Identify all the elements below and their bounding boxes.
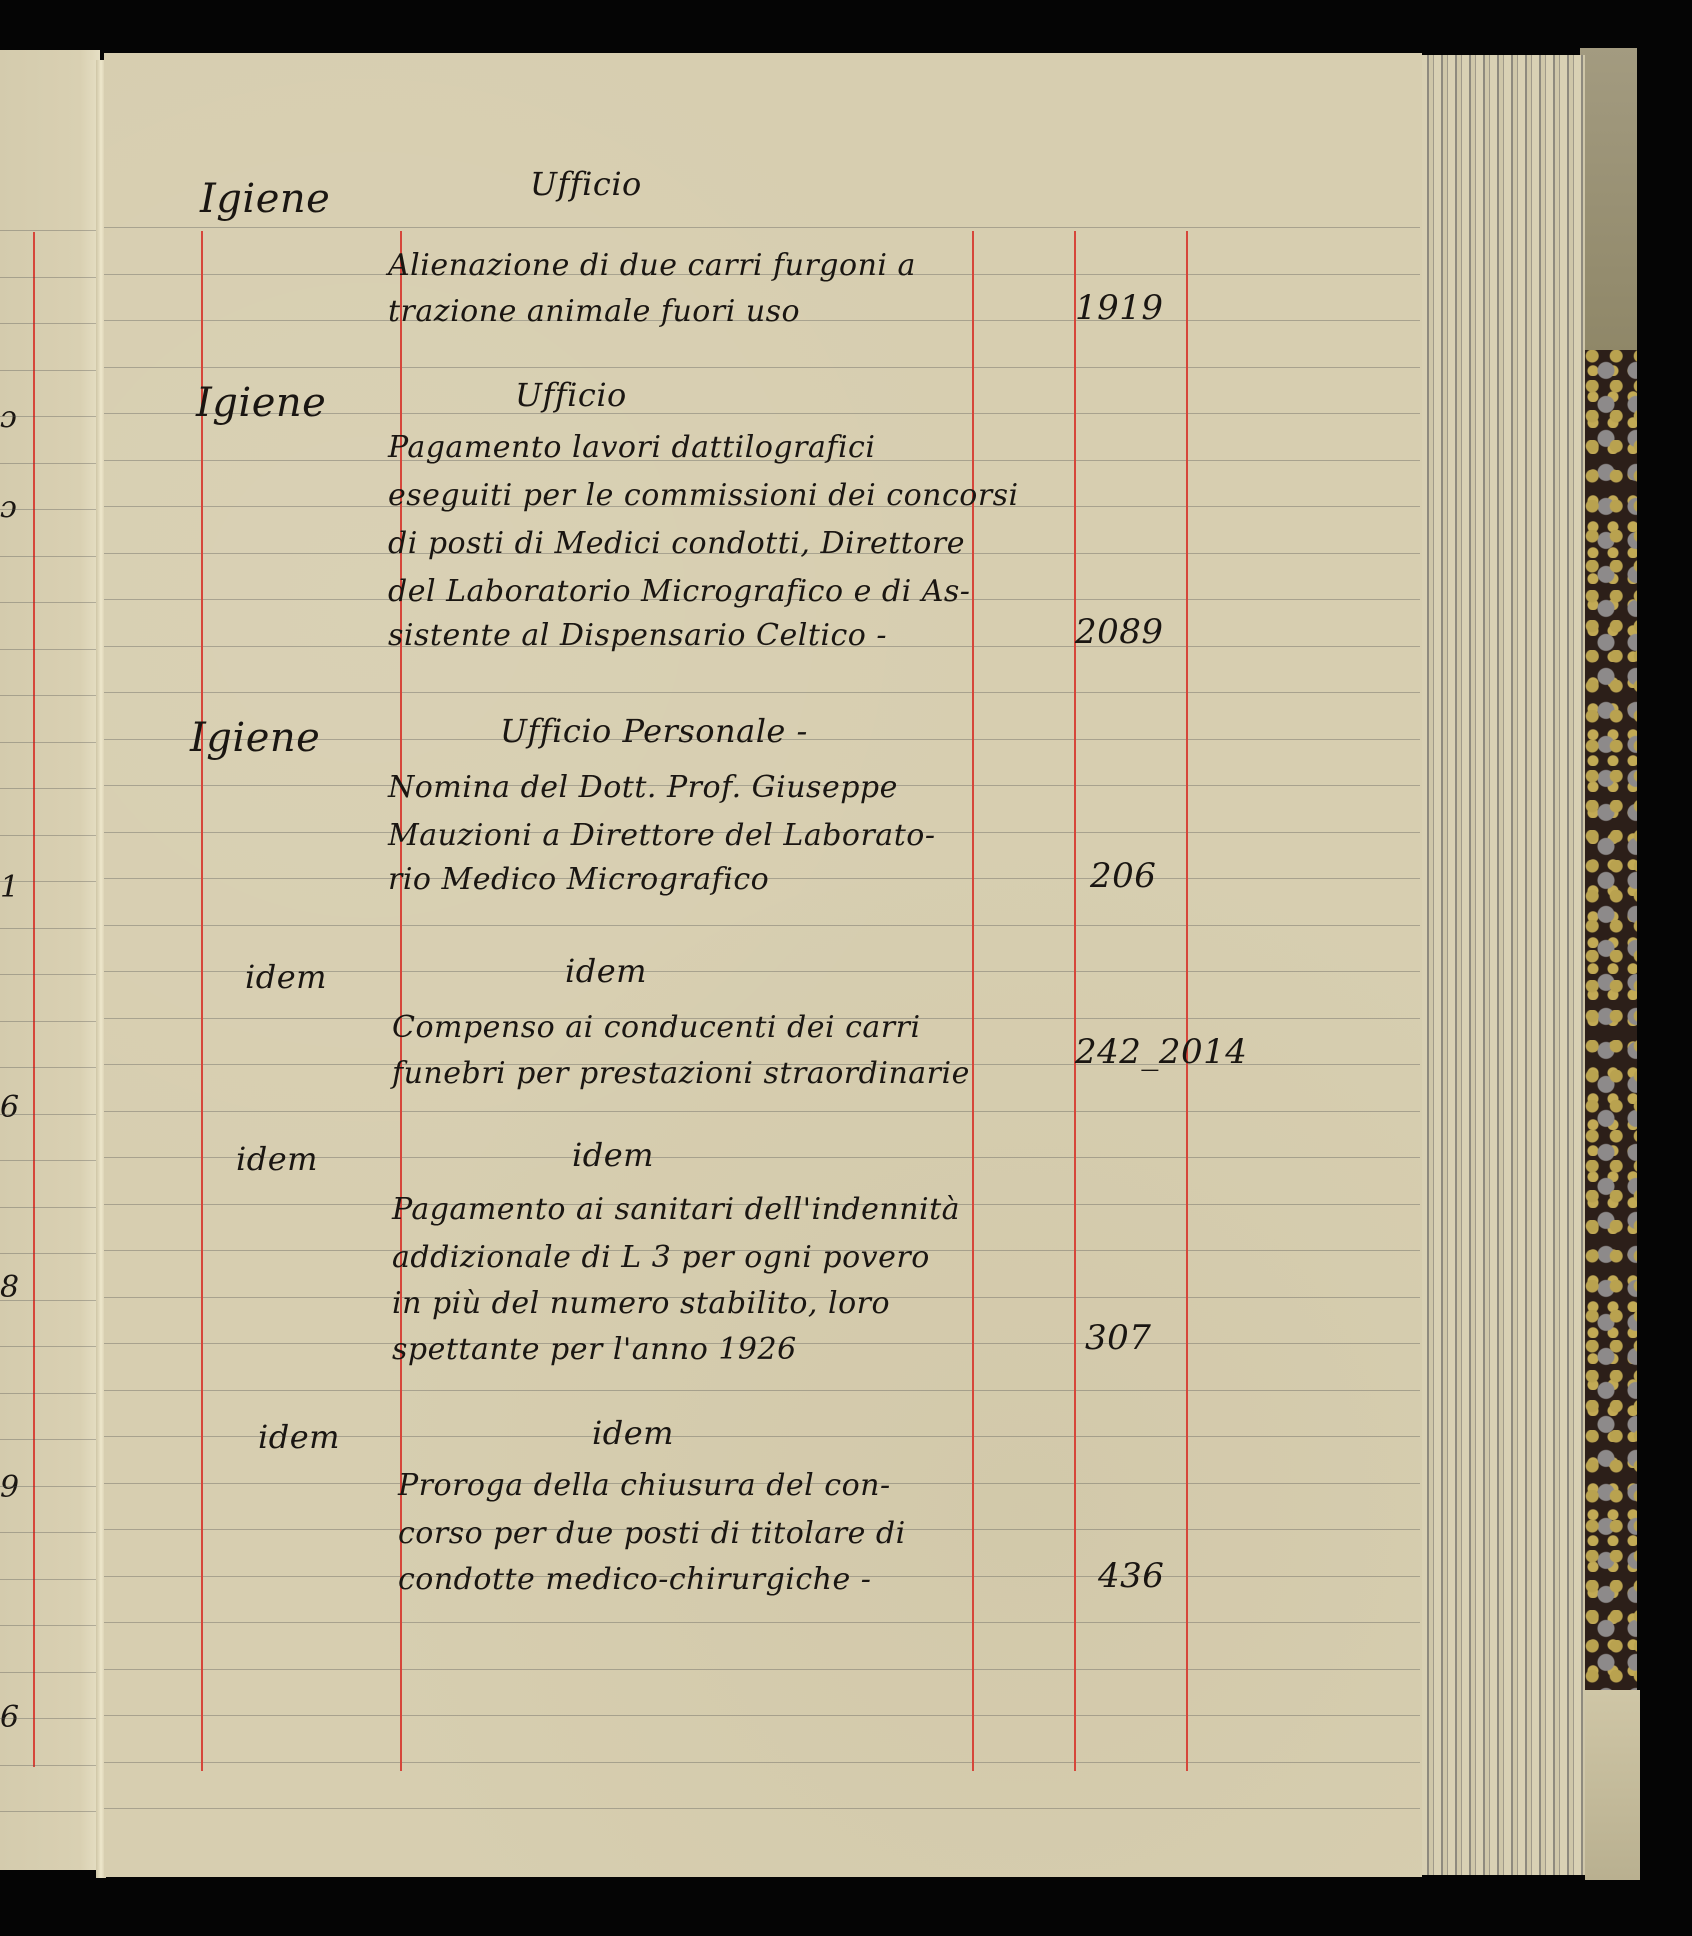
rule-line (104, 1622, 1420, 1623)
entry-description-line: Pagamento ai sanitari dell'indennità (392, 1192, 960, 1227)
entry-description-line: Nomina del Dott. Prof. Giuseppe (388, 770, 898, 805)
book-cover-bottom (1585, 1690, 1640, 1880)
rule-line (0, 509, 100, 510)
left-page-fragment: ɔ (0, 400, 17, 435)
rule-line (0, 1672, 100, 1673)
entry-description-line: spettante per l'anno 1926 (392, 1332, 797, 1367)
entry-number: 206 (1090, 856, 1156, 896)
rule-line (0, 1300, 100, 1301)
entry-description-line: rio Medico Micrografico (388, 862, 769, 897)
entry-office: Ufficio (515, 376, 627, 414)
rule-line (0, 1625, 100, 1626)
entry-description-line: trazione animale fuori uso (388, 294, 800, 329)
entry-office: Ufficio Personale - (500, 712, 808, 750)
rule-line (104, 1808, 1420, 1809)
entry-category: idem (258, 1418, 340, 1456)
rule-line (104, 367, 1420, 368)
entry-description-line: funebri per prestazioni straordinarie (392, 1056, 970, 1091)
rule-line (0, 323, 100, 324)
rule-line (0, 1253, 100, 1254)
entry-number: 307 (1085, 1318, 1151, 1358)
rule-line (0, 556, 100, 557)
rule-line (0, 277, 100, 278)
rule-line (0, 1439, 100, 1440)
rule-line (0, 1114, 100, 1115)
entry-description-line: condotte medico-chirurgiche - (398, 1562, 871, 1597)
entry-office: idem (565, 952, 647, 990)
entry-description-line: di posti di Medici condotti, Direttore (388, 526, 965, 561)
rule-line (0, 1021, 100, 1022)
book-cover-corner (1580, 48, 1637, 352)
entry-category: Igiene (196, 380, 326, 426)
entry-description-line: del Laboratorio Micrografico e di As- (388, 574, 970, 609)
rule-line (0, 416, 100, 417)
entry-description-line: corso per due posti di titolare di (398, 1516, 906, 1551)
rule-line (0, 1393, 100, 1394)
rule-line (0, 928, 100, 929)
rule-line (0, 463, 100, 464)
left-page-fragment: 1 (0, 870, 19, 905)
entry-office: Ufficio (530, 165, 642, 203)
left-page-fragment: 9 (0, 1470, 19, 1505)
rule-line (0, 1346, 100, 1347)
entry-category: idem (236, 1140, 318, 1178)
left-page-fragment: 6 (0, 1090, 19, 1125)
rule-line (104, 692, 1420, 693)
rule-line (0, 1160, 100, 1161)
rule-line (104, 1111, 1420, 1112)
column-rule-description-end (972, 231, 974, 1771)
rule-line (0, 1486, 100, 1487)
column-rule-category (201, 231, 203, 1771)
rule-line (0, 974, 100, 975)
entry-description-line: Alienazione di due carri furgoni a (388, 248, 916, 283)
entry-category: Igiene (200, 176, 330, 222)
rule-line (104, 1390, 1420, 1391)
entry-office: idem (592, 1414, 674, 1452)
rule-line (0, 1718, 100, 1719)
column-rule-number (1074, 231, 1076, 1771)
rule-line (0, 881, 100, 882)
rule-line (0, 1067, 100, 1068)
entry-number: 242_2014 (1075, 1032, 1247, 1072)
rule-line (0, 1207, 100, 1208)
rule-line (0, 1811, 100, 1812)
entry-number: 1919 (1075, 288, 1164, 328)
page-stack-edge (1420, 55, 1585, 1875)
rule-line (0, 649, 100, 650)
rule-line (104, 925, 1420, 926)
rule-line (104, 227, 1420, 228)
entry-office: idem (572, 1136, 654, 1174)
rule-line (0, 370, 100, 371)
rule-line (0, 1579, 100, 1580)
entry-description-line: Proroga della chiusura del con- (398, 1468, 891, 1503)
rule-line (0, 835, 100, 836)
rule-line (104, 1669, 1420, 1670)
entry-description-line: in più del numero stabilito, loro (392, 1286, 890, 1321)
entry-description-line: sistente al Dispensario Celtico - (388, 618, 887, 653)
column-rule-number-end (1186, 231, 1188, 1771)
entry-category: Igiene (190, 715, 320, 761)
left-page: ɔ ɔ 1 6 8 9 6 (0, 50, 100, 1870)
entry-description-line: Pagamento lavori dattilografici (388, 430, 875, 465)
marbled-cover-edge (1585, 350, 1637, 1690)
entry-description-line: Mauzioni a Direttore del Laborato- (388, 818, 935, 853)
entry-description-line: eseguiti per le commissioni dei concorsi (388, 478, 1019, 513)
rule-line (104, 1715, 1420, 1716)
rule-line (0, 1532, 100, 1533)
scanned-ledger: ɔ ɔ 1 6 8 9 6 Igiene Ufficio Alienazione… (0, 0, 1692, 1936)
rule-line (0, 230, 100, 231)
rule-line (0, 695, 100, 696)
left-page-fragment: ɔ (0, 490, 17, 525)
rule-line (104, 1762, 1420, 1763)
entry-category: idem (245, 958, 327, 996)
rule-line (0, 788, 100, 789)
rule-line (0, 1765, 100, 1766)
entry-number: 2089 (1075, 612, 1164, 652)
entry-description-line: addizionale di L 3 per ogni povero (392, 1240, 930, 1275)
rule-line (0, 602, 100, 603)
rule-line (0, 742, 100, 743)
entry-description-line: Compenso ai conducenti dei carri (392, 1010, 921, 1045)
entry-number: 436 (1098, 1556, 1164, 1596)
